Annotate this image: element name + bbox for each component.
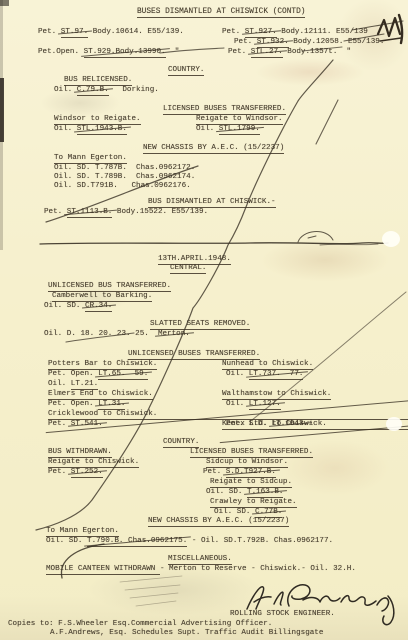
copies-line: Copies to: F.S.Wheeler Esq.Commercial Ad… [8,620,272,629]
record-line: Pet. ST.932. Body.12058. E55/139. [234,38,384,48]
route-label: Reigate to Windsor. [196,115,283,125]
text-run: Pet. S.D. [226,420,272,429]
record-line: Pet. Open. LT.65. 59. [48,370,148,380]
text-run: - Merton to Reserve - Chiswick.- Oil. 32… [160,565,356,574]
arc-doodle [298,232,333,242]
subsection-heading: BUS DISMANTLED AT CHISWICK.- [148,198,276,208]
record-line: Pet. S.D. LT.1043. [226,420,308,430]
vehicle-number: ST.252. [71,468,103,478]
vehicle-number: ST.927. [245,28,277,38]
text-run: Oil. [48,380,71,389]
route-label: Camberwell to Barking. [52,292,152,302]
text-run: Oil. SD. [206,488,247,497]
divider-line-overlap [320,244,378,245]
text-run: MOBILE CANTEEN WITHDRAWN [46,565,160,575]
paper-stain [255,58,365,86]
text-run: Oil. [196,125,219,134]
vehicle-number: LT.1043. [272,420,308,430]
vehicle-number: STL.1943.B. [77,125,127,135]
record-line: Oil. SD. T.789B. Chas.0962174. [54,173,195,182]
text-run: Pet. [44,208,67,217]
record-line: Oil. LT.737. 77. [226,370,303,380]
text-run: Body.12111. E55/139 [277,28,368,37]
record-line: Pet. ST.97. Body.10614. E55/139. [38,28,184,38]
subsection-heading: UNLICENSED BUS TRANSFERRED. [48,282,171,292]
scan-edge-artifact [0,0,9,6]
pencil-hatch [120,576,182,606]
text-run: Oil. SD. [46,537,87,546]
route-label: Crawley to Reigate. [210,498,297,508]
vehicle-number: CR.34. [85,302,112,312]
section-heading: COUNTRY. [168,66,204,76]
record-line: Pet.Open. ST.929.Body.13990. " [38,48,179,58]
subsection-heading: UNLICENSED BUSES TRANSFERRED. [128,350,260,360]
text-run: Oil. [226,400,249,409]
pen-stroke [316,100,338,144]
text-run: Pet. [228,48,251,57]
record-line: Oil. SD. T.790.B. Chas.0962175. - Oil. S… [46,537,333,547]
text-run: Body.10614. E55/139. [88,28,184,37]
divider-line [40,243,388,244]
text-run: Pet. [48,420,71,429]
record-line: MOBILE CANTEEN WITHDRAWN - Merton to Res… [46,565,356,575]
text-run: Oil. SD. [214,508,255,517]
vehicle-number: ST.932. [257,38,289,48]
copies-line: A.F.Andrews, Esq. Schedules Supt. Traffi… [50,629,323,638]
text-run: Body.12058. E55/139. [289,38,385,47]
record-line: Oil. STL.1799. [196,125,260,135]
scanned-document-page: BUSES DISMANTLED AT CHISWICK (CONTD) Pet… [0,0,408,640]
text-run: Pet. [222,28,245,37]
record-line: Pet. STL.27. Body.1357t. " [228,48,351,58]
document-title: BUSES DISMANTLED AT CHISWICK (CONTD) [137,8,305,18]
route-label: Cricklewood to Chiswick. [48,410,408,420]
scan-edge-artifact [0,0,3,250]
subsection-heading: BUS WITHDRAWN. [48,448,112,458]
text-run: Oil. SD. [44,302,85,311]
subsection-heading: BUS RELICENSED. [64,76,132,86]
record-line: Oil. C.79.B. Dorking. [54,86,159,96]
route-label: Nunhead to Chiswick. [222,360,313,370]
vehicle-number: ST.1113.B. [67,208,113,218]
record-line: Oil. D. 18. 20. 23. 25. Merton. [44,330,190,339]
route-label: Reigate to Sidcup. [210,478,292,488]
destination-label: To Mann Egerton. [46,527,119,537]
garage-name: Merton. [158,330,190,339]
record-line: Oil. SD. CR.34. [44,302,112,312]
route-label: Potters Bar to Chiswick. [48,360,157,370]
text-run: Pet. Open. [48,400,98,409]
vehicle-number: T.163.B. [247,488,283,498]
record-line: Pet. ST.252. [48,468,103,478]
text-run: Body.15522. E55/139. [112,208,208,217]
record-line: Oil. LT.127. [226,400,281,410]
route-label: Windsor to Reigate. [54,115,141,125]
route-label: Elmers End to Chiswick. [48,390,153,400]
vehicle-number: LT.127. [249,400,281,410]
vehicle-number: ST.97. [61,28,88,38]
vehicle-number: LT.31. [98,400,125,410]
subsection-heading: LICENSED BUSES TRANSFERRED. [163,105,286,115]
text-run: " [166,48,180,57]
text-run: - Oil. SD.T.792B. Chas.0962177. [187,537,333,546]
record-line: Oil. SD. T.787B. Chas.0962172. [54,164,195,173]
record-line: Oil. LT.21. [48,380,98,390]
vehicle-number: LT.65. 59. [98,370,148,380]
record-line: Pet. ST.1113.B. Body.15522. E55/139. [44,208,208,218]
punch-hole [382,231,400,247]
text-run: Oil. [54,125,77,134]
record-line: Pet. Open. LT.31. [48,400,125,410]
vehicle-number: T.790.B. Chas.0962175. [87,537,187,547]
vehicle-number: LT.737. 77. [249,370,304,380]
route-label: Sidcup to Windsor. [206,458,288,468]
section-heading: COUNTRY. [163,438,199,448]
section-heading: CENTRAL. [170,264,206,274]
vehicle-number: S.D.T927.B. [226,468,276,478]
scan-edge-artifact [0,78,4,142]
subsection-heading: NEW CHASSIS BY A.E.C. (15/2237) [143,144,284,154]
text-run: Pet. Open. [48,370,98,379]
vehicle-number: LT.21. [71,380,98,390]
vehicle-number: ST.541. [71,420,103,429]
vehicle-number: C.79.B. [77,86,109,96]
text-run: Pet. [203,468,226,477]
paper-stain [260,238,390,282]
text-run: Body.1357t. " [283,48,351,57]
vehicle-number: STL.27. [251,48,283,58]
record-line: Pet. S.D.T927.B. [203,468,276,478]
subsection-heading: NEW CHASSIS BY A.E.C. (15/2237) [148,517,289,527]
text-run: Pet.Open. [38,48,84,57]
record-line: Oil. STL.1943.B. [54,125,127,135]
text-run: Pet. [48,468,71,477]
route-label: Reigate to Chiswick. [48,458,139,468]
text-run: Oil. [54,86,77,95]
text-run: Oil. D. 18. 20. 23. 25. [44,330,158,339]
record-line: Pet. ST.541. [48,420,103,429]
record-line: Oil. SD.T791B. Chas.0962176. [54,182,191,191]
route-label: Walthamstow to Chiswick. [222,390,331,400]
vehicle-number: ST.929.Body.13990. [84,48,166,58]
text-run: Pet. [234,38,257,47]
record-line: Oil. SD. T.163.B. [206,488,283,498]
vehicle-number: STL.1799. [219,125,260,135]
signatory-title: ROLLING STOCK ENGINEER. [230,610,335,619]
text-run: Dorking. [109,86,159,95]
subsection-heading: LICENSED BUSES TRANSFERRED. [190,448,313,458]
subsection-heading: SLATTED SEATS REMOVED. [150,320,250,330]
destination-label: To Mann Egerton. [54,154,127,164]
subsection-heading: MISCELLANEOUS. [168,555,232,565]
record-line: Pet. ST.927. Body.12111. E55/139 [222,28,368,38]
